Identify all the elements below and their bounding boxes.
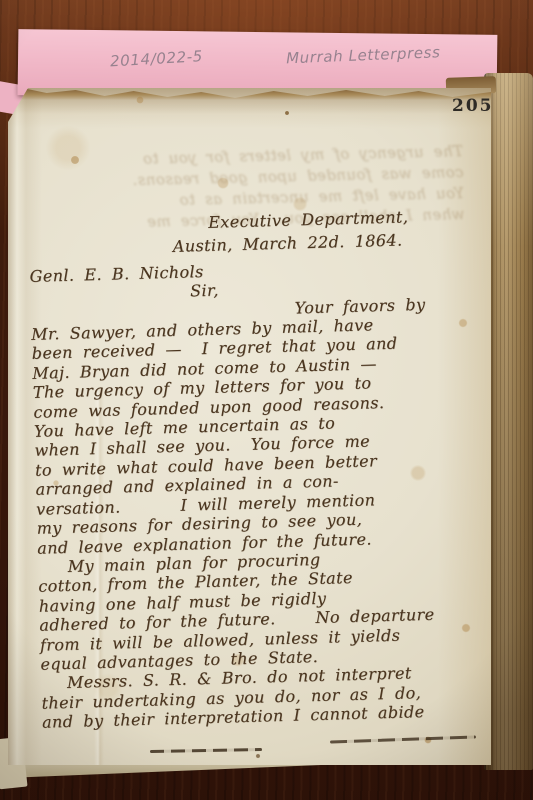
page-number: 205 bbox=[452, 96, 494, 116]
book-fore-edge bbox=[484, 73, 533, 770]
archival-photo-scene: 2014/022-5 Murrah Letterpress 205 The ur… bbox=[0, 0, 533, 800]
accession-number: 2014/022-5 bbox=[110, 47, 204, 70]
collection-title: Murrah Letterpress bbox=[286, 43, 441, 67]
letterpress-page: 205 The urgency of my letters for you to… bbox=[8, 88, 491, 765]
handwritten-letter: Executive Department, Austin, March 22d.… bbox=[24, 205, 500, 732]
